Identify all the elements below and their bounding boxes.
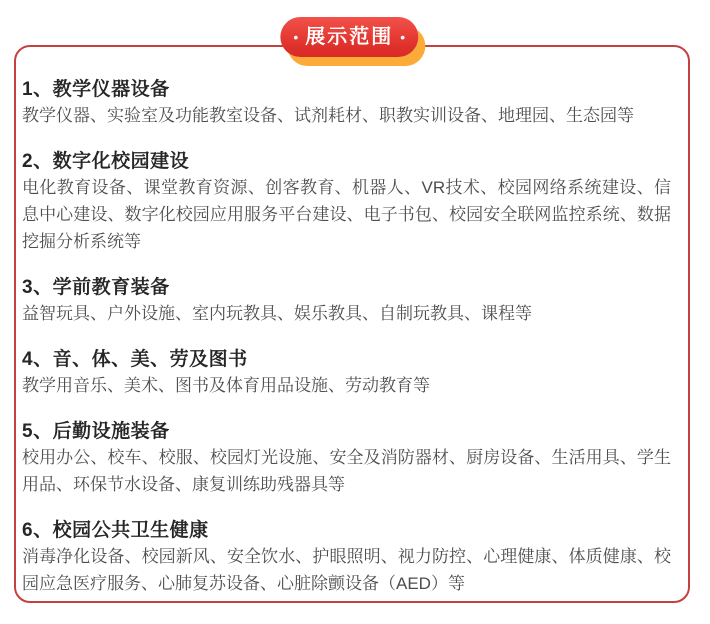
bullet-dot-left: • xyxy=(293,17,298,57)
section-preschool-equipment: 3、学前教育装备 益智玩具、户外设施、室内玩教具、娱乐教具、自制玩教具、课程等 xyxy=(22,275,671,327)
section-body: 益智玩具、户外设施、室内玩教具、娱乐教具、自制玩教具、课程等 xyxy=(22,300,671,327)
section-teaching-instruments: 1、教学仪器设备 教学仪器、实验室及功能教室设备、试剂耗材、职教实训设备、地理园… xyxy=(22,77,671,129)
section-body: 校用办公、校车、校服、校园灯光设施、安全及消防器材、厨房设备、生活用具、学生用品… xyxy=(22,444,671,498)
section-title: 1、教学仪器设备 xyxy=(22,77,671,102)
section-title: 3、学前教育装备 xyxy=(22,275,671,300)
badge-title: 展示范围 xyxy=(305,17,393,57)
section-body: 教学用音乐、美术、图书及体育用品设施、劳动教育等 xyxy=(22,372,671,399)
scope-ribbon-badge: • 展示范围 • xyxy=(280,17,418,57)
badge-pill: • 展示范围 • xyxy=(280,17,418,57)
section-body: 电化教育设备、课堂教育资源、创客教育、机器人、VR技术、校园网络系统建设、信息中… xyxy=(22,174,671,255)
section-title: 5、后勤设施装备 xyxy=(22,419,671,444)
section-digital-campus: 2、数字化校园建设 电化教育设备、课堂教育资源、创客教育、机器人、VR技术、校园… xyxy=(22,149,671,255)
section-title: 2、数字化校园建设 xyxy=(22,149,671,174)
section-logistics-facilities: 5、后勤设施装备 校用办公、校车、校服、校园灯光设施、安全及消防器材、厨房设备、… xyxy=(22,419,671,498)
section-music-sports-art-books: 4、音、体、美、劳及图书 教学用音乐、美术、图书及体育用品设施、劳动教育等 xyxy=(22,347,671,399)
exhibition-scope-panel: • 展示范围 • 1、教学仪器设备 教学仪器、实验室及功能教室设备、试剂耗材、职… xyxy=(14,45,690,603)
section-campus-public-health: 6、校园公共卫生健康 消毒净化设备、校园新风、安全饮水、护眼照明、视力防控、心理… xyxy=(22,518,671,597)
section-title: 6、校园公共卫生健康 xyxy=(22,518,671,543)
scope-content: 1、教学仪器设备 教学仪器、实验室及功能教室设备、试剂耗材、职教实训设备、地理园… xyxy=(16,47,688,601)
section-body: 教学仪器、实验室及功能教室设备、试剂耗材、职教实训设备、地理园、生态园等 xyxy=(22,102,671,129)
section-title: 4、音、体、美、劳及图书 xyxy=(22,347,671,372)
bullet-dot-right: • xyxy=(400,17,405,57)
section-body: 消毒净化设备、校园新风、安全饮水、护眼照明、视力防控、心理健康、体质健康、校园应… xyxy=(22,543,671,597)
